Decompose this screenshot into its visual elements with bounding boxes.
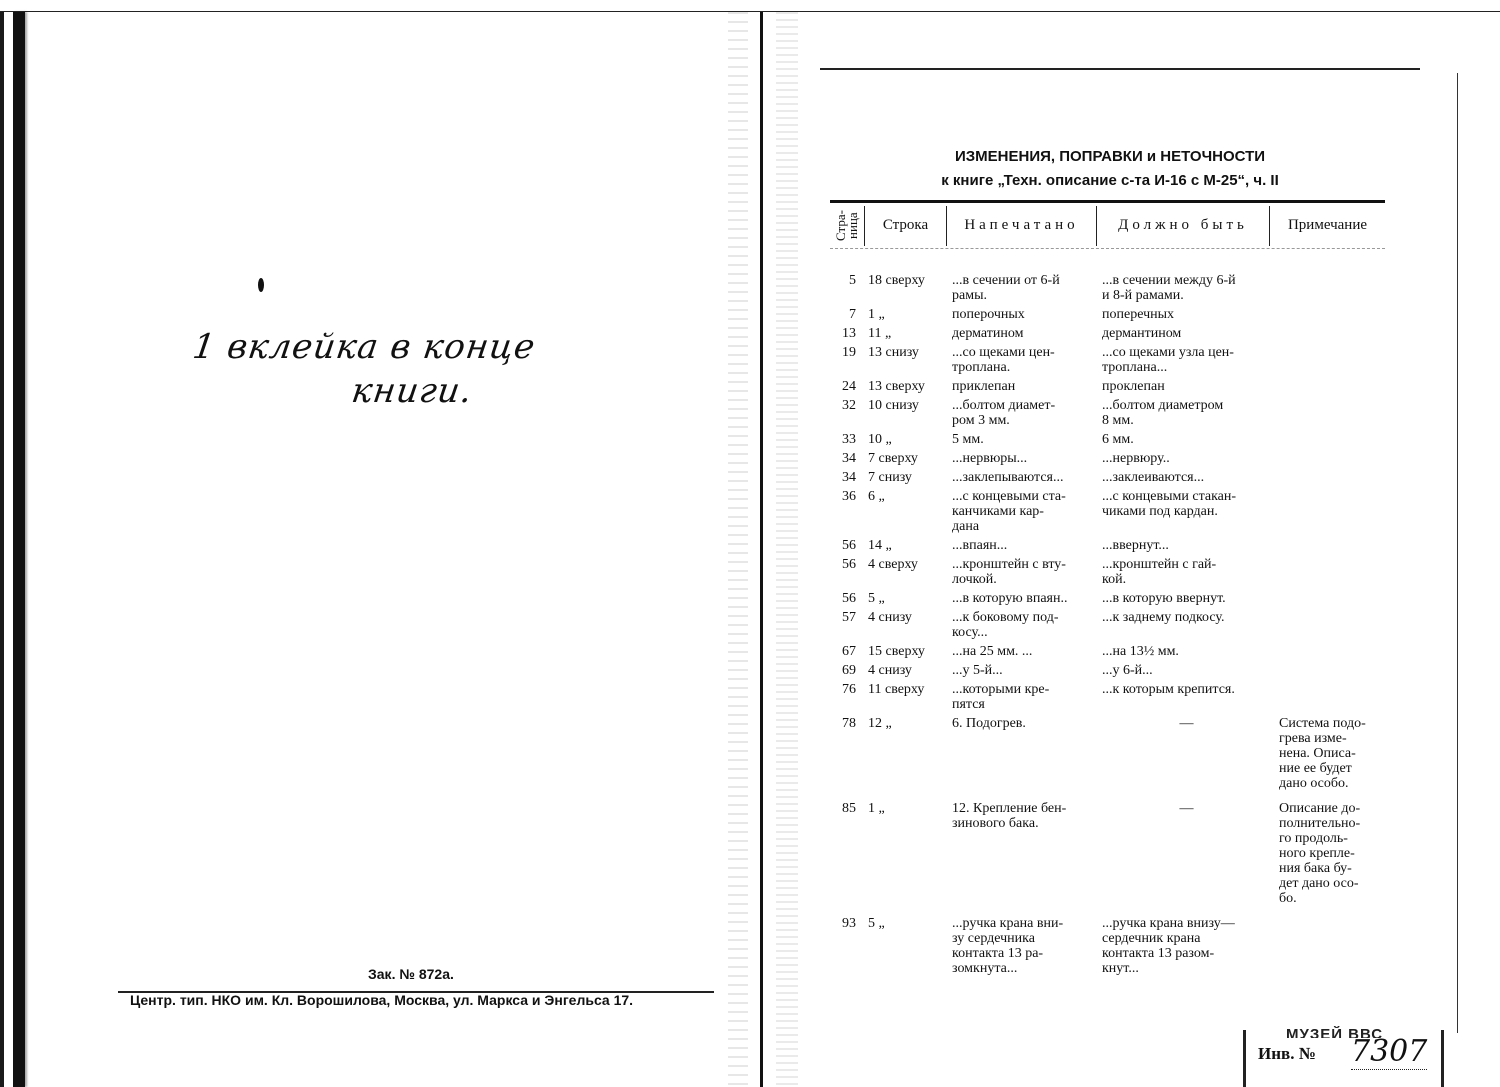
cell-page: 56 [830, 591, 860, 606]
header-note: Примечание [1288, 217, 1367, 234]
cell-note [1271, 398, 1389, 428]
cell-printed: ...болтом диамет- ром 3 мм. [948, 398, 1098, 428]
errata-sheet-top-edge [820, 68, 1420, 70]
cell-printed: ...к боковому под- косу... [948, 610, 1098, 640]
cell-line: 10 снизу [860, 398, 948, 428]
cell-note [1271, 470, 1389, 485]
cell-printed: ...впаян... [948, 538, 1098, 553]
handwritten-note-line1: 1 вклейка в конце [190, 327, 538, 367]
cell-should-be: ...болтом диаметром 8 мм. [1098, 398, 1271, 428]
table-row: 347 сверху...нервюры......нервюру.. [830, 451, 1385, 466]
cell-should-be: 6 мм. [1098, 432, 1271, 447]
cell-note [1271, 345, 1389, 375]
cell-line: 18 сверху [860, 273, 948, 303]
header-line-cell: Строка [865, 206, 947, 246]
table-header: Стра- ница Строка Напечатано Должно быть… [830, 203, 1385, 249]
cell-note [1271, 682, 1389, 712]
table-row: 347 снизу...заклепываются......заклеиваю… [830, 470, 1385, 485]
cell-should-be: ...ручка крана внизу— сердечник крана ко… [1098, 916, 1271, 976]
cell-should-be: ...к заднему подкосу. [1098, 610, 1271, 640]
header-page-cell: Стра- ница [830, 206, 865, 246]
header-should-be-cell: Должно быть [1097, 206, 1270, 246]
cell-page: 5 [830, 273, 860, 303]
gutter-shadow-right [776, 12, 798, 1087]
cell-note [1271, 451, 1389, 466]
cell-page: 19 [830, 345, 860, 375]
left-cover-edge [0, 12, 4, 1087]
cell-printed: ...на 25 мм. ... [948, 644, 1098, 659]
cell-printed: 12. Крепление бен- зинового бака. [948, 801, 1098, 906]
errata-subtitle: к книге „Техн. описание с-та И-16 с М-25… [830, 172, 1390, 189]
cell-note [1271, 379, 1389, 394]
table-row: 574 снизу...к боковому под- косу......к … [830, 610, 1385, 640]
table-row: 1311 „дерматиномдермантином [830, 326, 1385, 341]
cell-line: 7 сверху [860, 451, 948, 466]
cell-line: 11 „ [860, 326, 948, 341]
cell-note [1271, 307, 1389, 322]
cell-note [1271, 644, 1389, 659]
cell-printed: ...со щеками цен- троплана. [948, 345, 1098, 375]
table-row: 366 „...с концевыми ста- канчиками кар- … [830, 489, 1385, 534]
left-page [25, 12, 725, 1087]
cell-line: 6 „ [860, 489, 948, 534]
cell-line: 7 снизу [860, 470, 948, 485]
header-should-be: Должно быть [1118, 217, 1248, 234]
table-row: 7611 сверху...которыми кре- пятся...к ко… [830, 682, 1385, 712]
cell-page: 69 [830, 663, 860, 678]
cell-printed: ...ручка крана вни- зу сердечника контак… [948, 916, 1098, 976]
table-row: 2413 сверхуприклепанпроклепан [830, 379, 1385, 394]
header-page: Стра- ница [835, 210, 859, 241]
cell-note: Система подо- грева изме- нена. Описа- н… [1271, 716, 1389, 791]
cell-line: 13 сверху [860, 379, 948, 394]
cell-note [1271, 591, 1389, 606]
cell-line: 11 сверху [860, 682, 948, 712]
cell-printed: 6. Подогрев. [948, 716, 1098, 791]
cell-note: Описание до- полнительно- го продоль- но… [1271, 801, 1389, 906]
header-printed-cell: Напечатано [947, 206, 1097, 246]
cell-printed: ...заклепываются... [948, 470, 1098, 485]
cell-should-be: — [1098, 801, 1271, 906]
table-row: 71 „поперочныхпоперечных [830, 307, 1385, 322]
cell-printed: ...в которую впаян.. [948, 591, 1098, 606]
cell-line: 13 снизу [860, 345, 948, 375]
book-spine-line [760, 12, 763, 1087]
cell-note [1271, 916, 1389, 976]
gutter-shadow-left [728, 12, 748, 1087]
cell-note [1271, 432, 1389, 447]
cell-page: 13 [830, 326, 860, 341]
handwritten-note: 1 вклейка в конце книги. [184, 325, 616, 413]
table-row: 5614 „...впаян......ввернут... [830, 538, 1385, 553]
cell-line: 4 снизу [860, 663, 948, 678]
table-row: 6715 сверху...на 25 мм. ......на 13½ мм. [830, 644, 1385, 659]
stamp-label: Инв. № [1258, 1044, 1316, 1064]
table-row: 3310 „ 5 мм.6 мм. [830, 432, 1385, 447]
stamp-inventory-number: 7307 [1351, 1034, 1427, 1070]
cell-line: 5 „ [860, 916, 948, 976]
table-row: 851 „12. Крепление бен- зинового бака.—О… [830, 801, 1385, 906]
ink-blot [258, 278, 264, 292]
cell-should-be: ...с концевыми стакан- чиками под кардан… [1098, 489, 1271, 534]
cell-page: 78 [830, 716, 860, 791]
cell-should-be: ...кронштейн с гай- кой. [1098, 557, 1271, 587]
table-row: 564 сверху...кронштейн с вту- лочкой....… [830, 557, 1385, 587]
cell-line: 5 „ [860, 591, 948, 606]
cell-printed: поперочных [948, 307, 1098, 322]
table-row: 935 „...ручка крана вни- зу сердечника к… [830, 916, 1385, 976]
cell-note [1271, 610, 1389, 640]
cell-line: 12 „ [860, 716, 948, 791]
inventory-stamp: МУЗЕЙ ВВС Инв. № 7307 [1243, 1030, 1444, 1087]
cell-note [1271, 538, 1389, 553]
cell-line: 4 сверху [860, 557, 948, 587]
cell-should-be: ...нервюру.. [1098, 451, 1271, 466]
cell-note [1271, 326, 1389, 341]
cell-should-be: ...на 13½ мм. [1098, 644, 1271, 659]
errata-title: ИЗМЕНЕНИЯ, ПОПРАВКИ и НЕТОЧНОСТИ [830, 148, 1390, 165]
errata-table: Стра- ница Строка Напечатано Должно быть… [830, 200, 1385, 980]
table-row: 1913 снизу...со щеками цен- троплана....… [830, 345, 1385, 375]
header-note-cell: Примечание [1270, 206, 1385, 246]
table-row: 565 „...в которую впаян.....в которую вв… [830, 591, 1385, 606]
table-row: 7812 „6. Подогрев.—Система подо- грева и… [830, 716, 1385, 791]
cell-line: 15 сверху [860, 644, 948, 659]
cell-page: 93 [830, 916, 860, 976]
table-row: 518 сверху...в сечении от 6-й рамы....в … [830, 273, 1385, 303]
cell-page: 33 [830, 432, 860, 447]
cell-should-be: ...в которую ввернут. [1098, 591, 1271, 606]
cell-page: 56 [830, 538, 860, 553]
cell-should-be: ...у 6-й... [1098, 663, 1271, 678]
errata-sheet-right-edge [1457, 73, 1458, 1033]
cell-printed: ...которыми кре- пятся [948, 682, 1098, 712]
cell-page: 85 [830, 801, 860, 906]
table-body: 518 сверху...в сечении от 6-й рамы....в … [830, 273, 1385, 976]
cell-page: 56 [830, 557, 860, 587]
table-row: 3210 снизу...болтом диамет- ром 3 мм....… [830, 398, 1385, 428]
cell-page: 76 [830, 682, 860, 712]
cell-page: 57 [830, 610, 860, 640]
cell-should-be: ...ввернут... [1098, 538, 1271, 553]
handwritten-note-line2: книги. [184, 369, 610, 413]
cell-note [1271, 489, 1389, 534]
header-line: Строка [883, 217, 928, 234]
cell-printed: ...с концевыми ста- канчиками кар- дана [948, 489, 1098, 534]
cell-line: 14 „ [860, 538, 948, 553]
header-printed: Напечатано [964, 217, 1078, 234]
cell-printed: ...кронштейн с вту- лочкой. [948, 557, 1098, 587]
cell-page: 32 [830, 398, 860, 428]
cell-page: 36 [830, 489, 860, 534]
cell-printed: приклепан [948, 379, 1098, 394]
cell-printed: дерматином [948, 326, 1098, 341]
cell-should-be: дермантином [1098, 326, 1271, 341]
cell-page: 7 [830, 307, 860, 322]
cell-note [1271, 663, 1389, 678]
cell-printed: ...нервюры... [948, 451, 1098, 466]
cell-should-be: — [1098, 716, 1271, 791]
cell-should-be: ...к которым крепится. [1098, 682, 1271, 712]
cell-line: 1 „ [860, 307, 948, 322]
cell-page: 34 [830, 451, 860, 466]
printer-imprint: Центр. тип. НКО им. Кл. Ворошилова, Моск… [130, 992, 633, 1008]
cell-page: 67 [830, 644, 860, 659]
cell-page: 34 [830, 470, 860, 485]
cell-line: 4 снизу [860, 610, 948, 640]
cell-line: 1 „ [860, 801, 948, 906]
cell-page: 24 [830, 379, 860, 394]
cell-should-be: ...со щеками узла цен- троплана... [1098, 345, 1271, 375]
left-binding-edge [13, 12, 25, 1087]
cell-note [1271, 557, 1389, 587]
cell-line: 10 „ [860, 432, 948, 447]
cell-printed: ...у 5-й... [948, 663, 1098, 678]
cell-should-be: проклепан [1098, 379, 1271, 394]
cell-printed: ...в сечении от 6-й рамы. [948, 273, 1098, 303]
cell-note [1271, 273, 1389, 303]
cell-printed: 5 мм. [948, 432, 1098, 447]
table-row: 694 снизу...у 5-й......у 6-й... [830, 663, 1385, 678]
order-number: Зак. № 872а. [368, 966, 454, 982]
cell-should-be: ...в сечении между 6-й и 8-й рамами. [1098, 273, 1271, 303]
cell-should-be: поперечных [1098, 307, 1271, 322]
cell-should-be: ...заклеиваются... [1098, 470, 1271, 485]
